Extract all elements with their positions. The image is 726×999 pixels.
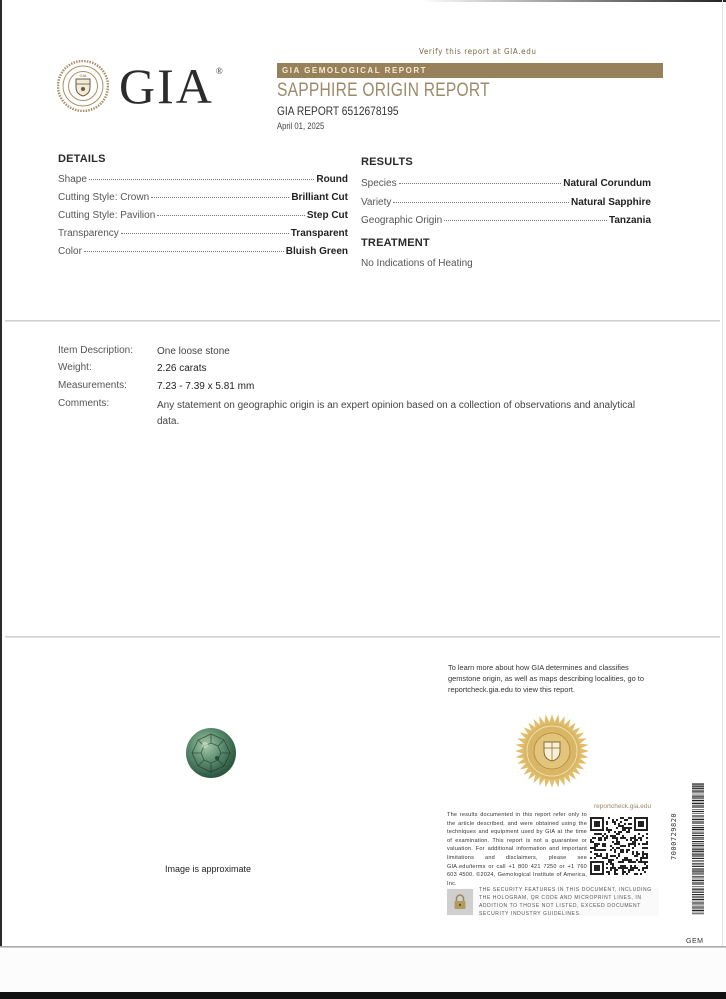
results-value: Natural Sapphire [571,197,651,208]
comments-value: Any statement on geographic origin is an… [157,398,652,430]
report-type-banner: GIA GEMOLOGICAL REPORT [277,63,663,78]
item-description-label: Item Description: [58,345,157,359]
results-value: Tanzania [609,215,651,226]
details-value: Step Cut [307,210,348,221]
dot-leader [151,197,289,198]
qr-label[interactable]: reportcheck.gia.edu [594,803,651,810]
results-label: Variety [361,197,391,208]
gia-seal-icon: GIA [57,60,109,112]
details-row: Cutting Style: PavilionStep Cut [58,210,348,224]
comments-row: Comments: Any statement on geographic or… [58,398,652,430]
measurements-label: Measurements: [58,380,157,394]
details-value: Brilliant Cut [291,192,348,203]
dot-leader [84,251,284,252]
results-row: VarietyNatural Sapphire [361,197,651,211]
dot-leader [393,202,569,203]
details-label: Shape [58,174,87,185]
treatment-value: No Indications of Heating [361,258,473,269]
details-row: Cutting Style: CrownBrilliant Cut [58,192,348,206]
dot-leader [444,220,607,221]
results-row: SpeciesNatural Corundum [361,178,651,192]
details-row: ShapeRound [58,174,348,188]
details-value: Bluish Green [286,246,348,257]
item-description-row: Item Description: One loose stone [58,345,652,359]
results-label: Geographic Origin [361,215,442,226]
gem-facets-icon [186,728,236,778]
fold-line [5,320,720,322]
weight-row: Weight: 2.26 carats [58,362,652,376]
page-bottom-margin [0,948,726,992]
weight-value: 2.26 carats [157,362,652,376]
dot-leader [399,183,562,184]
comments-label: Comments: [58,398,157,430]
page-edge [0,0,2,999]
item-description-value: One loose stone [157,345,652,359]
report-number: GIA REPORT 6512678195 [277,104,399,118]
results-row: Geographic OriginTanzania [361,215,651,229]
barcode-number: 7000729820 [670,813,678,860]
dot-leader [89,179,314,180]
barcode-icon [692,783,704,915]
details-label: Cutting Style: Pavilion [58,210,155,221]
results-heading: RESULTS [361,156,413,168]
measurements-value: 7.23 - 7.39 x 5.81 mm [157,380,652,394]
report-date: April 01, 2025 [277,121,324,131]
details-heading: DETAILS [58,153,106,165]
disclaimer-text: The results documented in this report re… [447,811,587,888]
measurements-row: Measurements: 7.23 - 7.39 x 5.81 mm [58,380,652,394]
gia-logo: GIA GIA® [57,60,225,112]
dot-leader [157,215,305,216]
page-edge-top [420,0,726,2]
details-row: ColorBluish Green [58,246,348,260]
learn-more-text: To learn more about how GIA determines a… [448,662,658,695]
report-title: SAPPHIRE ORIGIN REPORT [277,80,490,102]
security-text: THE SECURITY FEATURES IN THIS DOCUMENT, … [479,886,659,918]
gia-gold-seal-icon [514,713,590,789]
scan-edge [0,992,726,999]
details-value: Transparent [291,228,348,239]
image-caption: Image is approximate [165,864,251,874]
dot-leader [121,233,289,234]
qr-code-icon[interactable] [590,815,648,877]
details-label: Color [58,246,82,257]
results-label: Species [361,178,397,189]
security-notice: THE SECURITY FEATURES IN THIS DOCUMENT, … [447,888,659,916]
gemstone-image [186,728,236,778]
details-label: Transparency [58,228,119,239]
logo-wordmark: GIA® [119,61,225,111]
results-value: Natural Corundum [563,178,651,189]
details-row: TransparencyTransparent [58,228,348,242]
verify-link[interactable]: Verify this report at GIA.edu [419,47,537,56]
details-value: Round [316,174,348,185]
fold-line [5,636,720,638]
page-edge-right [722,0,723,999]
lock-icon [447,889,473,915]
svg-text:GIA: GIA [80,73,87,78]
treatment-heading: TREATMENT [361,237,430,249]
weight-label: Weight: [58,362,157,376]
details-label: Cutting Style: Crown [58,192,149,203]
gem-code: GEM [686,938,703,945]
